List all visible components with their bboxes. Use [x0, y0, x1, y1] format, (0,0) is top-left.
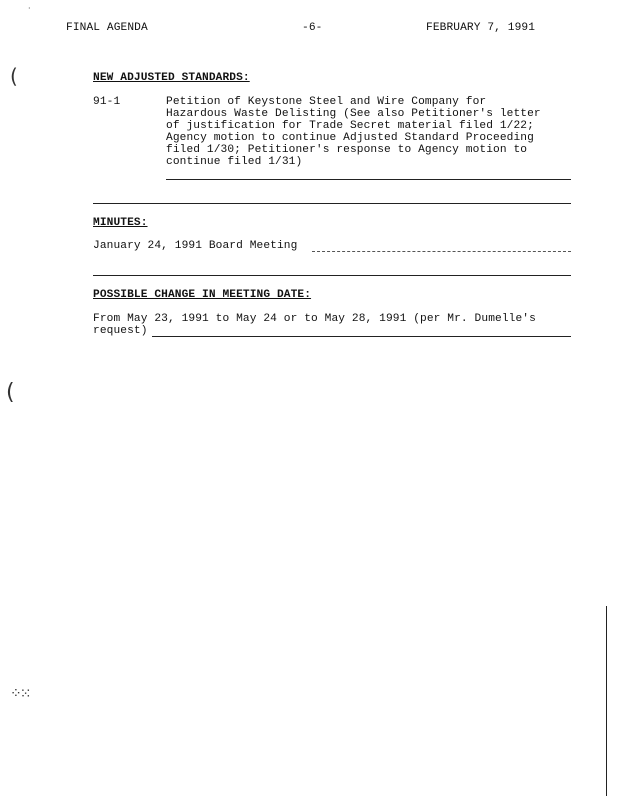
header-date: FEBRUARY 7, 1991 [426, 22, 535, 35]
scan-smudge-mark: ⁘⁙ [10, 686, 29, 702]
scan-edge-line [606, 606, 607, 796]
header-left: FINAL AGENDA [66, 22, 148, 35]
signature-line [312, 251, 571, 252]
signature-line [166, 179, 571, 180]
signature-line [152, 336, 571, 337]
item-number: 91-1 [93, 96, 120, 109]
section-heading-adjusted-standards: NEW ADJUSTED STANDARDS: [93, 72, 250, 85]
section-heading-minutes: MINUTES: [93, 217, 148, 230]
divider-line [93, 203, 571, 204]
item-line: continue filed 1/31) [166, 156, 302, 169]
meeting-date-line: From May 23, 1991 to May 24 or to May 28… [93, 313, 536, 326]
meeting-date-line: request) [93, 325, 148, 338]
divider-line [93, 275, 571, 276]
section-heading-meeting-date: POSSIBLE CHANGE IN MEETING DATE: [93, 289, 311, 302]
page-number: -6- [302, 22, 322, 35]
margin-bracket-mark: ( [10, 64, 18, 88]
margin-bracket-mark: ( [6, 380, 15, 405]
minutes-text: January 24, 1991 Board Meeting [93, 240, 297, 253]
scan-dot: · [28, 4, 31, 13]
